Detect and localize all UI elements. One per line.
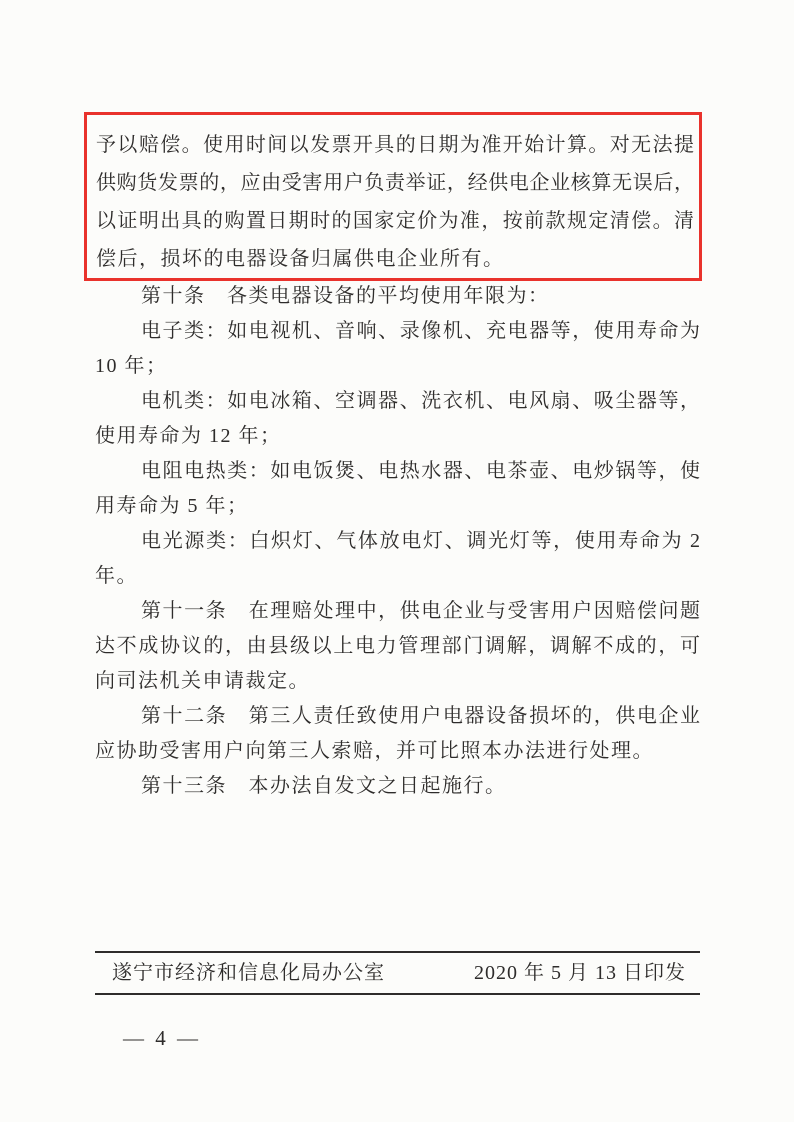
highlighted-text-line: 供购货发票的，应由受害用户负责举证，经供电企业核算无误后， (96, 164, 694, 202)
body-text-line: 电阻电热类：如电饭煲、电热水器、电茶壶、电炒锅等，使 (95, 454, 700, 489)
document-page: 予以赔偿。使用时间以发票开具的日期为准开始计算。对无法提 供购货发票的，应由受害… (0, 0, 794, 1122)
highlighted-text-line: 以证明出具的购置日期时的国家定价为准，按前款规定清偿。清 (96, 202, 694, 240)
body-text-line: 电子类：如电视机、音响、录像机、充电器等，使用寿命为 (95, 314, 700, 349)
body-text-line: 向司法机关申请裁定。 (95, 664, 700, 699)
print-date-label: 2020 年 5 月 13 日印发 (474, 953, 700, 993)
document-body: 第十条 各类电器设备的平均使用年限为： 电子类：如电视机、音响、录像机、充电器等… (95, 279, 700, 804)
body-text-line: 达不成协议的，由县级以上电力管理部门调解，调解不成的，可 (95, 629, 700, 664)
footer-rule-bottom (95, 993, 700, 995)
body-text-line-article-12: 第十二条 第三人责任致使用户电器设备损坏的，供电企业 (95, 699, 700, 734)
body-text-line-article-10: 第十条 各类电器设备的平均使用年限为： (95, 279, 700, 314)
document-footer: 遂宁市经济和信息化局办公室 2020 年 5 月 13 日印发 (95, 953, 700, 993)
page-number: — 4 — (123, 1026, 201, 1051)
body-text-line: 用寿命为 5 年； (95, 489, 700, 524)
issuing-office-label: 遂宁市经济和信息化局办公室 (95, 953, 385, 993)
highlighted-text-line: 予以赔偿。使用时间以发票开具的日期为准开始计算。对无法提 (96, 126, 694, 164)
highlight-box: 予以赔偿。使用时间以发票开具的日期为准开始计算。对无法提 供购货发票的，应由受害… (84, 112, 702, 281)
highlighted-text-line: 偿后，损坏的电器设备归属供电企业所有。 (96, 240, 694, 278)
body-text-line: 年。 (95, 559, 700, 594)
body-text-line: 应协助受害用户向第三人索赔，并可比照本办法进行处理。 (95, 734, 700, 769)
body-text-line: 电光源类：白炽灯、气体放电灯、调光灯等，使用寿命为 2 (95, 524, 700, 559)
body-text-line: 10 年； (95, 349, 700, 384)
body-text-line-article-13: 第十三条 本办法自发文之日起施行。 (95, 769, 700, 804)
body-text-line-article-11: 第十一条 在理赔处理中，供电企业与受害用户因赔偿问题 (95, 594, 700, 629)
body-text-line: 电机类：如电冰箱、空调器、洗衣机、电风扇、吸尘器等， (95, 384, 700, 419)
body-text-line: 使用寿命为 12 年； (95, 419, 700, 454)
